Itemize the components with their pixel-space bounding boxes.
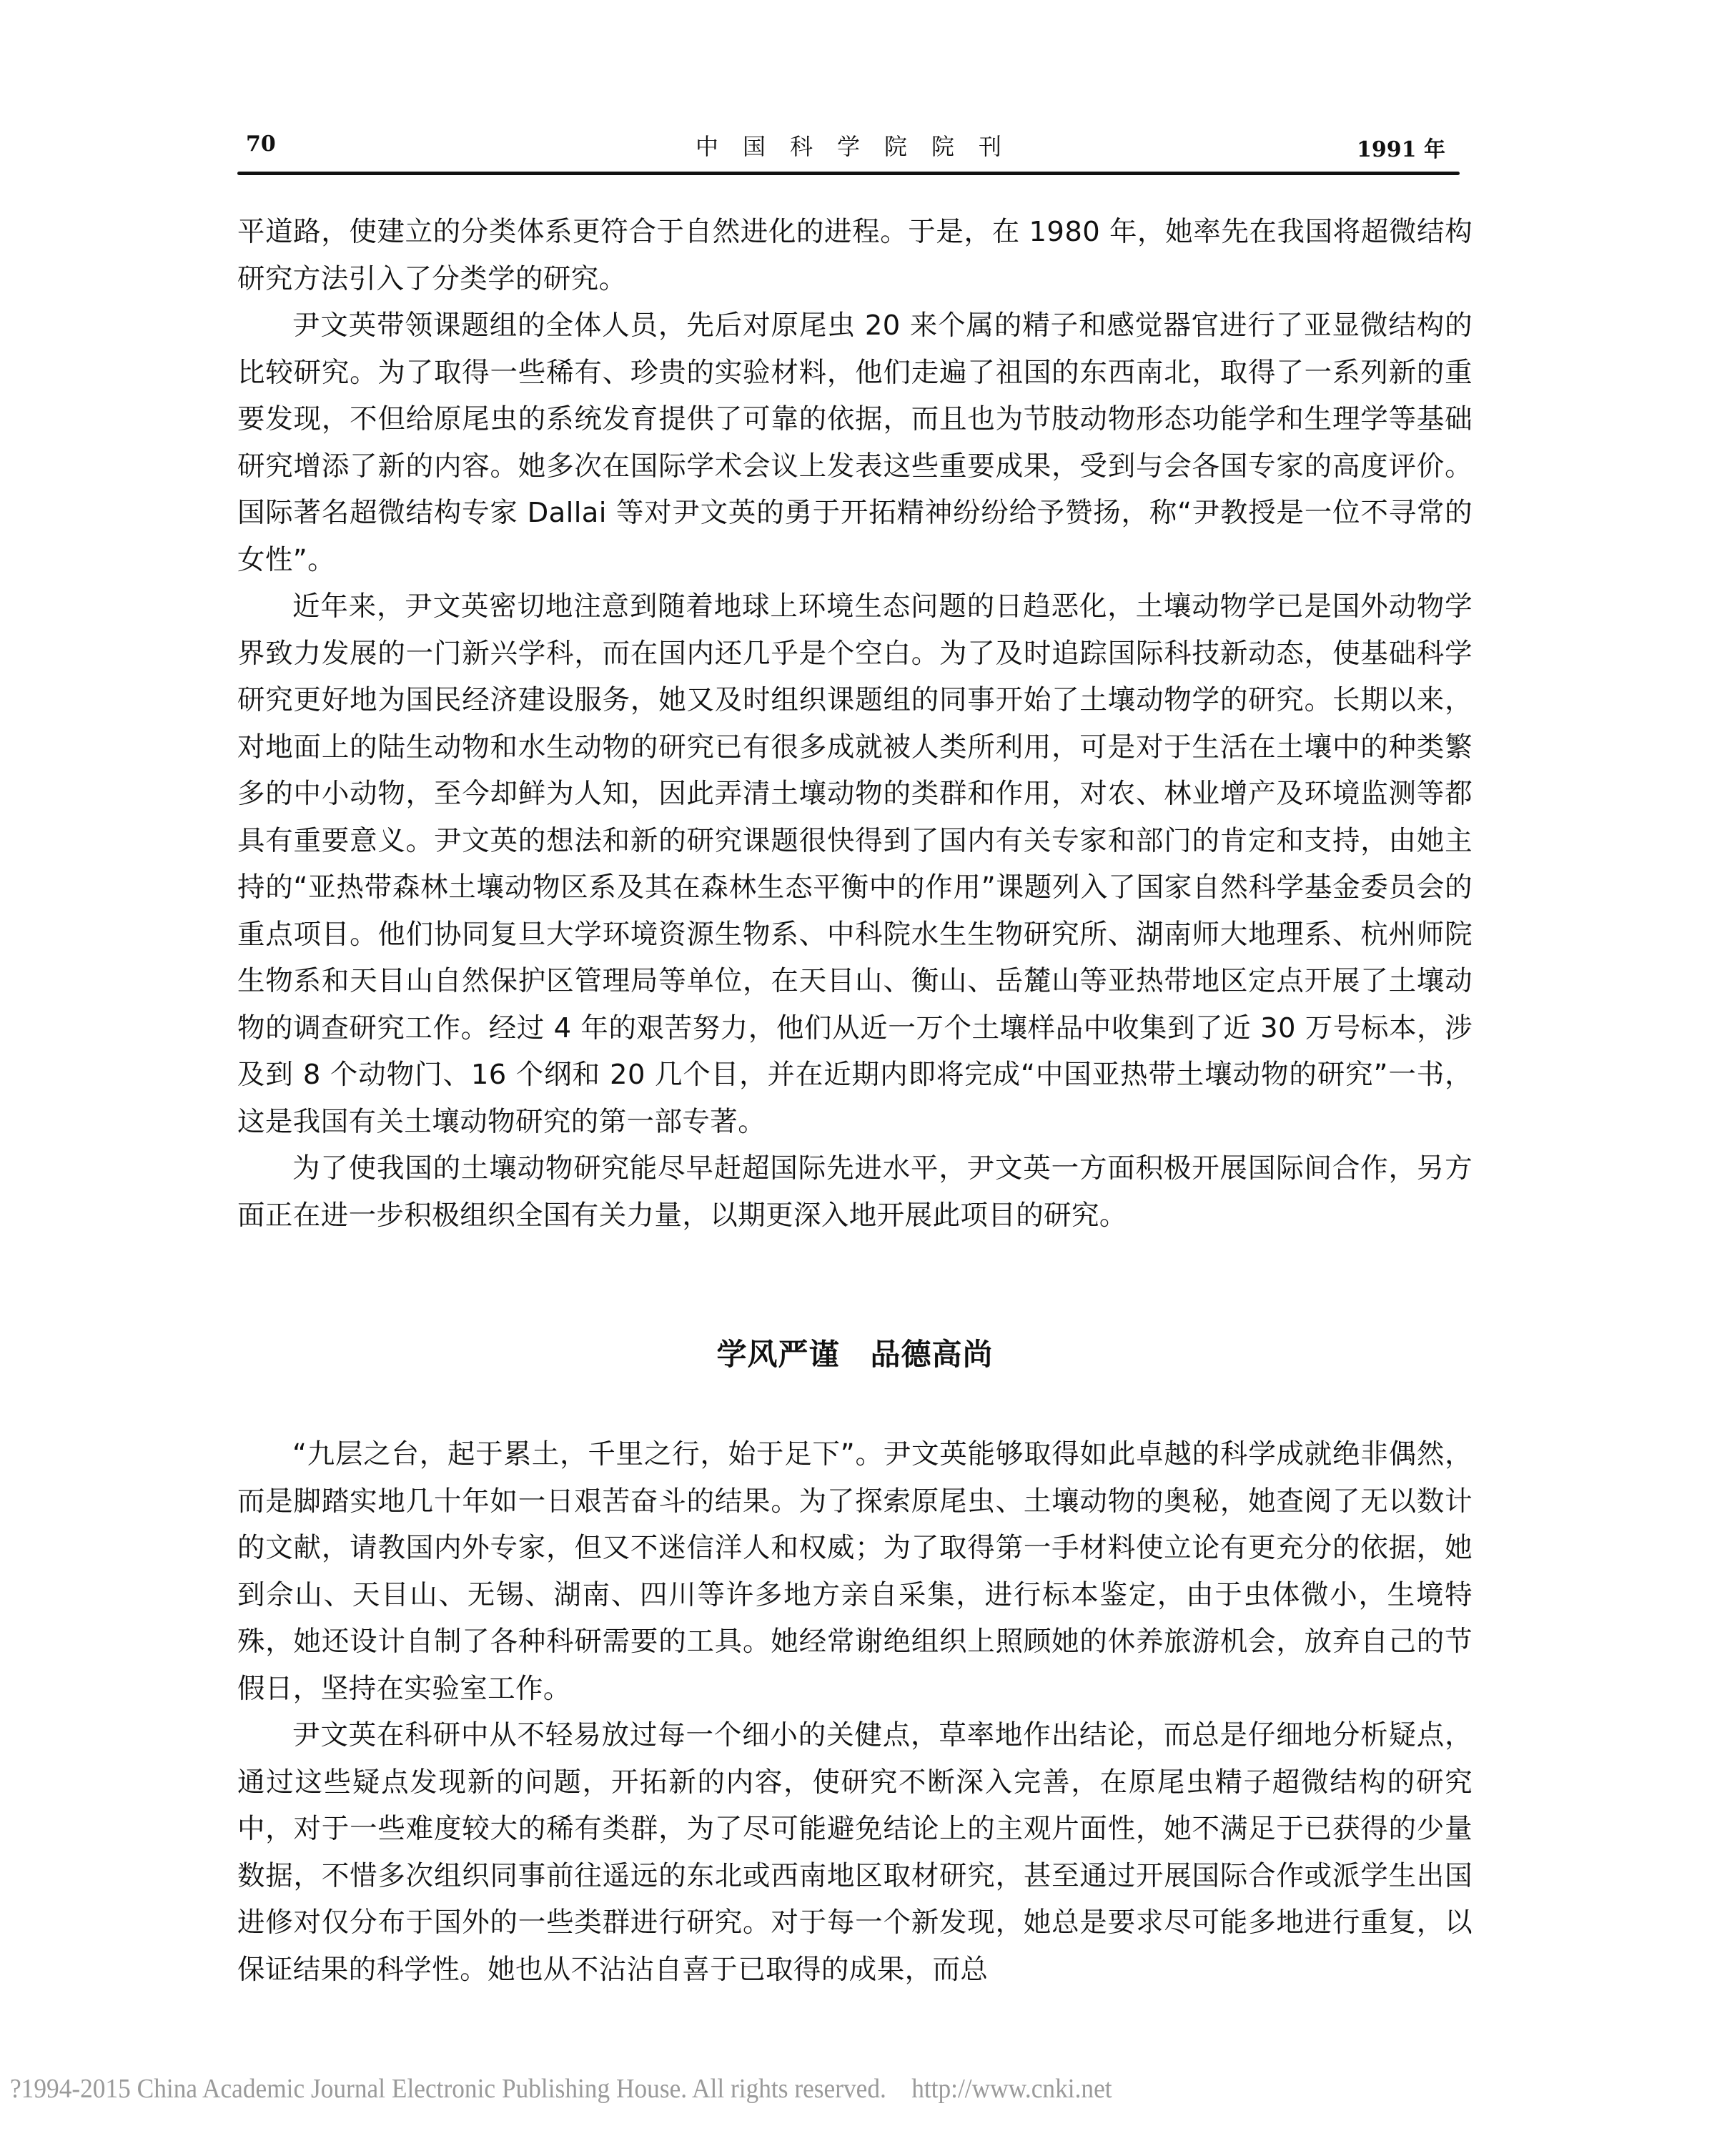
header-divider — [237, 172, 1460, 175]
paragraph: 为了使我国的土壤动物研究能尽早赶超国际先进水平，尹文英一方面积极开展国际间合作，… — [237, 1145, 1473, 1239]
paragraph: 平道路，使建立的分类体系更符合于自然进化的进程。于是，在 1980 年，她率先在… — [237, 209, 1473, 302]
section-2-body: “九层之台，起于累土，千里之行，始于足下”。尹文英能够取得如此卓越的科学成就绝非… — [237, 1431, 1473, 1993]
section-1-body: 平道路，使建立的分类体系更符合于自然进化的进程。于是，在 1980 年，她率先在… — [237, 209, 1473, 1239]
copyright-footer: ?1994-2015 China Academic Journal Electr… — [10, 2073, 1406, 2105]
journal-title: 中国科学院院刊 — [237, 129, 1460, 162]
document-page: 70 中国科学院院刊 1991 年 平道路，使建立的分类体系更符合于自然进化的进… — [0, 0, 1732, 2156]
paragraph: 尹文英带领课题组的全体人员，先后对原尾虫 20 来个属的精子和感觉器官进行了亚显… — [237, 302, 1473, 583]
paragraph: 尹文英在科研中从不轻易放过每一个细小的关健点，草率地作出结论，而总是仔细地分析疑… — [237, 1712, 1473, 1993]
paragraph: 近年来，尹文英密切地注意到随着地球上环境生态问题的日趋恶化，土壤动物学已是国外动… — [237, 583, 1473, 1145]
paragraph: “九层之台，起于累土，千里之行，始于足下”。尹文英能够取得如此卓越的科学成就绝非… — [237, 1431, 1473, 1712]
publication-year: 1991 年 — [1357, 132, 1445, 163]
running-header: 70 中国科学院院刊 1991 年 — [237, 127, 1460, 170]
section-heading: 学风严谨 品德高尚 — [237, 1331, 1473, 1374]
